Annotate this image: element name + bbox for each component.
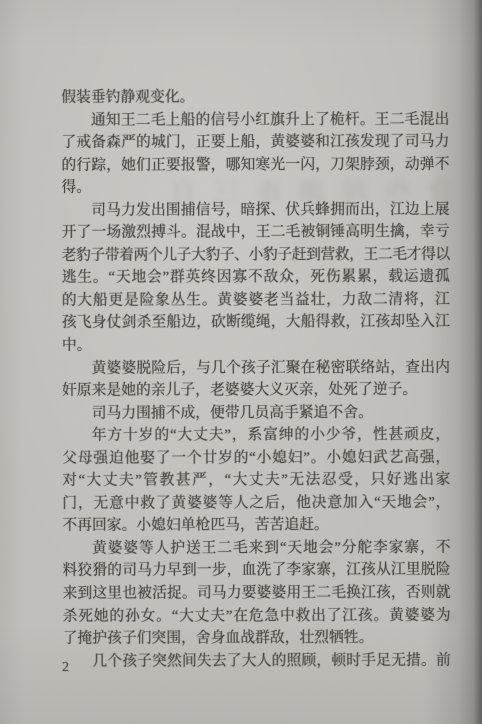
text-line: 司马力围捕不成，便带几员高手紧追不舍。 (62, 401, 450, 425)
text-line: 孩飞身仗剑杀至船边，砍断缆绳，大船得救，江孩却坠入江 (62, 311, 450, 335)
text-line: 年方十岁的“大丈夫”，系富绅的小少爷，性甚顽皮， (62, 424, 450, 448)
text-line: 得。 (61, 176, 449, 200)
text-line: 了戒备森严的城门，正要上船，黄婆婆和江孩发现了司马力 (61, 131, 449, 155)
text-line: 门，无意中救了黄婆婆等人之后，他决意加入“天地会”， (62, 491, 450, 515)
text-line: 几个孩子突然间失去了大人的照顾，顿时手足无措。前 (63, 649, 451, 673)
text-line: 的行踪，她们正要报警，哪知寒光一闪，刀架脖颈，动弹不 (61, 153, 449, 177)
text-line: 对“大丈夫”管教甚严，“大丈夫”无法忍受，只好逃出家 (62, 469, 450, 493)
text-line: 黄婆婆等人护送王二毛来到“天地会”分舵李家寨，不 (62, 536, 450, 560)
scanned-book-page: 合些现湖连三自 遍 兰 假装垂钓静观变化。通知王二毛上船的信号小红旗升上了桅杆。… (0, 0, 482, 724)
text-line: 假装垂钓静观变化。 (61, 85, 449, 109)
text-line: 了掩护孩子们突围，舍身血战群敌，壮烈牺牲。 (63, 627, 451, 651)
text-line: 父母强迫他娶了一个廿岁的“小媳妇”。小媳妇武艺高强， (62, 446, 450, 470)
text-line: 中。 (62, 334, 450, 358)
body-text-block: 假装垂钓静观变化。通知王二毛上船的信号小红旗升上了桅杆。王二毛混出了戒备森严的城… (61, 85, 451, 672)
text-line: 料狡猾的司马力早到一步，血洗了李家寨，江孩从江里脱险 (62, 559, 450, 583)
text-line: 的大船更是险象丛生。黄婆婆老当益壮，力敌二清将，江 (62, 288, 450, 312)
text-line: 不再回家。小媳妇单枪匹马，苦苦追赶。 (62, 514, 450, 538)
text-line: 奸原来是她的亲儿子，老婆婆大义灭亲，处死了逆子。 (62, 379, 450, 403)
text-line: 来到这里也被活捉。司马力要婆婆用王二毛换江孩，否则就 (63, 582, 451, 606)
text-line: 司马力发出围捕信号，暗探、伏兵蜂拥而出，江边上展 (62, 198, 450, 222)
text-line: 黄婆婆脱险后，与几个孩子汇聚在秘密联络站，查出内 (62, 356, 450, 380)
text-line: 杀死她的孙女。“大丈夫”在危急中救出了江孩。黄婆婆为 (63, 604, 451, 628)
text-line: 老豹子带着两个儿子大豹子、小豹子赶到营救，王二毛才得以 (62, 243, 450, 267)
page-number: 2 (62, 660, 69, 676)
text-line: 开了一场激烈搏斗。混战中，王二毛被铜锤高明生擒，幸亏 (62, 221, 450, 245)
text-line: 逃生。“天地会”群英终因寡不敌众，死伤累累，载运遗孤 (62, 266, 450, 290)
text-line: 通知王二毛上船的信号小红旗升上了桅杆。王二毛混出 (61, 108, 449, 132)
